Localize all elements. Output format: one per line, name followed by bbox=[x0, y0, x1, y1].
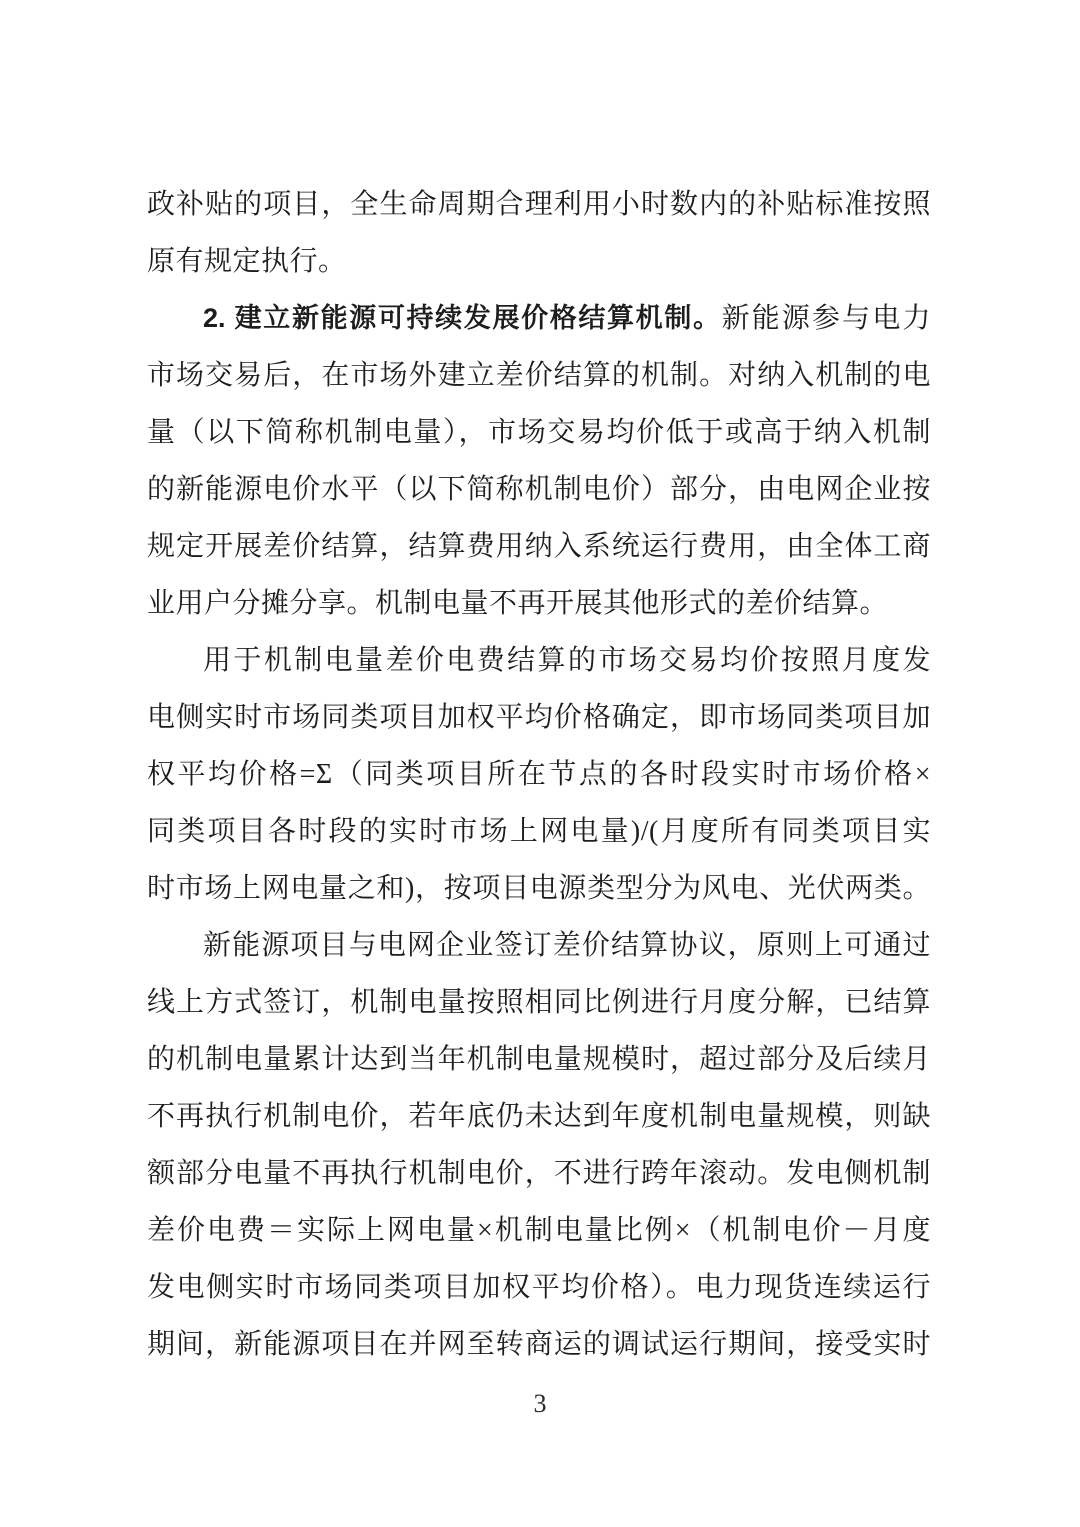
text-line: 新能源项目与电网企业签订差价结算协议，原则上可通过 bbox=[147, 917, 931, 974]
text-line: 同类项目各时段的实时市场上网电量)/(月度所有同类项目实 bbox=[147, 803, 931, 860]
text-line: 量（以下简称机制电量），市场交易均价低于或高于纳入机制 bbox=[147, 404, 931, 461]
text-line: 电侧实时市场同类项目加权平均价格确定，即市场同类项目加 bbox=[147, 689, 931, 746]
page-number: 3 bbox=[0, 1388, 1080, 1420]
text-line: 权平均价格=Σ（同类项目所在节点的各时段实时市场价格× bbox=[147, 746, 931, 803]
paragraph-body-text: 原有规定执行。 bbox=[147, 246, 347, 277]
paragraph-body-text: 新能源参与电力 bbox=[722, 303, 931, 334]
paragraph-body-text: 市场交易后，在市场外建立差价结算的机制。对纳入机制的电 bbox=[147, 360, 931, 391]
paragraph-body-text: 额部分电量不再执行机制电价，不进行跨年滚动。发电侧机制 bbox=[147, 1158, 931, 1189]
text-line: 的机制电量累计达到当年机制电量规模时，超过部分及后续月 bbox=[147, 1031, 931, 1088]
text-line: 用于机制电量差价电费结算的市场交易均价按照月度发 bbox=[147, 632, 931, 689]
document-page: 政补贴的项目，全生命周期合理利用小时数内的补贴标准按照原有规定执行。2. 建立新… bbox=[0, 0, 1080, 1527]
paragraph-body-text: 期间，新能源项目在并网至转商运的调试运行期间，接受实时 bbox=[147, 1329, 931, 1360]
paragraph-body-text: 差价电费＝实际上网电量×机制电量比例×（机制电价－月度 bbox=[147, 1215, 931, 1246]
text-line: 政补贴的项目，全生命周期合理利用小时数内的补贴标准按照 bbox=[147, 176, 931, 233]
paragraph-body-text: 电侧实时市场同类项目加权平均价格确定，即市场同类项目加 bbox=[147, 702, 931, 733]
paragraph-body-text: 同类项目各时段的实时市场上网电量)/(月度所有同类项目实 bbox=[147, 816, 931, 847]
text-line: 额部分电量不再执行机制电价，不进行跨年滚动。发电侧机制 bbox=[147, 1145, 931, 1202]
paragraph-body-text: 时市场上网电量之和)，按项目电源类型分为风电、光伏两类。 bbox=[147, 873, 931, 904]
text-line: 差价电费＝实际上网电量×机制电量比例×（机制电价－月度 bbox=[147, 1202, 931, 1259]
paragraph-body-text: 新能源项目与电网企业签订差价结算协议，原则上可通过 bbox=[203, 930, 931, 961]
text-line: 时市场上网电量之和)，按项目电源类型分为风电、光伏两类。 bbox=[147, 860, 931, 917]
text-line: 不再执行机制电价，若年底仍未达到年度机制电量规模，则缺 bbox=[147, 1088, 931, 1145]
text-line: 市场交易后，在市场外建立差价结算的机制。对纳入机制的电 bbox=[147, 347, 931, 404]
paragraph-body-text: 政补贴的项目，全生命周期合理利用小时数内的补贴标准按照 bbox=[147, 189, 931, 220]
text-line: 业用户分摊分享。机制电量不再开展其他形式的差价结算。 bbox=[147, 575, 931, 632]
text-line: 的新能源电价水平（以下简称机制电价）部分，由电网企业按 bbox=[147, 461, 931, 518]
paragraph-body-text: 权平均价格=Σ（同类项目所在节点的各时段实时市场价格× bbox=[147, 759, 931, 790]
paragraph-body-text: 的新能源电价水平（以下简称机制电价）部分，由电网企业按 bbox=[147, 474, 931, 505]
paragraph-body-text: 不再执行机制电价，若年底仍未达到年度机制电量规模，则缺 bbox=[147, 1101, 931, 1132]
text-line: 2. 建立新能源可持续发展价格结算机制。新能源参与电力 bbox=[147, 290, 931, 347]
paragraph-body-text: 的机制电量累计达到当年机制电量规模时，超过部分及后续月 bbox=[147, 1044, 931, 1075]
text-line: 规定开展差价结算，结算费用纳入系统运行费用，由全体工商 bbox=[147, 518, 931, 575]
paragraph-body-text: 业用户分摊分享。机制电量不再开展其他形式的差价结算。 bbox=[147, 588, 888, 619]
paragraph-body-text: 规定开展差价结算，结算费用纳入系统运行费用，由全体工商 bbox=[147, 531, 931, 562]
paragraph-body-text: 量（以下简称机制电量），市场交易均价低于或高于纳入机制 bbox=[147, 417, 931, 448]
paragraph-body-text: 线上方式签订，机制电量按照相同比例进行月度分解，已结算 bbox=[147, 987, 931, 1018]
paragraph-body-text: 用于机制电量差价电费结算的市场交易均价按照月度发 bbox=[203, 645, 931, 676]
text-line: 期间，新能源项目在并网至转商运的调试运行期间，接受实时 bbox=[147, 1316, 931, 1373]
paragraph-body-text: 发电侧实时市场同类项目加权平均价格）。电力现货连续运行 bbox=[147, 1272, 931, 1303]
paragraph-heading-text: 2. 建立新能源可持续发展价格结算机制。 bbox=[203, 303, 722, 333]
text-line: 发电侧实时市场同类项目加权平均价格）。电力现货连续运行 bbox=[147, 1259, 931, 1316]
text-line: 原有规定执行。 bbox=[147, 233, 931, 290]
body-text-block: 政补贴的项目，全生命周期合理利用小时数内的补贴标准按照原有规定执行。2. 建立新… bbox=[147, 176, 931, 1373]
text-line: 线上方式签订，机制电量按照相同比例进行月度分解，已结算 bbox=[147, 974, 931, 1031]
